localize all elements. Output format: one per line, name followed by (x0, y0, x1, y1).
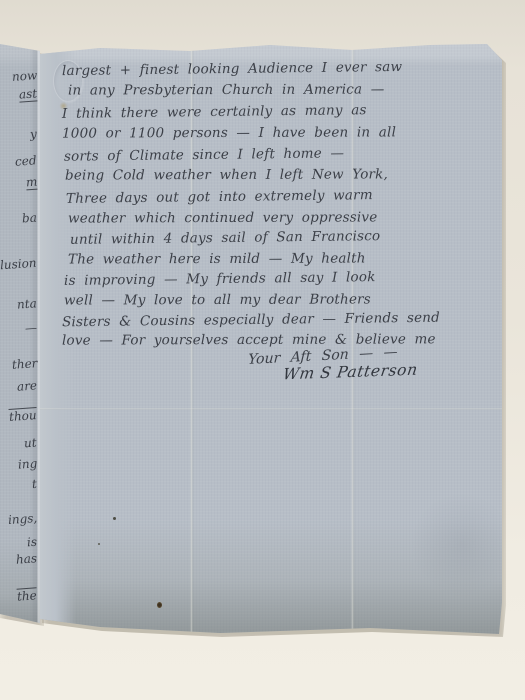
handwriting-line: weather which continued very oppressive (68, 210, 377, 225)
handwriting-line: Sisters & Cousins especially dear — Frie… (62, 311, 440, 330)
letter-signature: Wm S Patterson (282, 361, 419, 384)
left-page-text-fragment: is (27, 536, 38, 549)
handwriting-line: is improving — My friends all say I look (64, 270, 376, 288)
left-page-text-fragment: nta (17, 297, 38, 310)
handwriting-line: in any Presbyterian Church in America — (68, 82, 385, 97)
left-page-text-fragment: t (32, 478, 38, 490)
handwriting-line: being Cold weather when I left New York, (65, 167, 388, 182)
left-page-text-fragment: thou (9, 407, 37, 423)
handwriting-line: 1000 or 1100 persons — I have been in al… (62, 125, 396, 140)
letter-page: largest + finest looking Audience I ever… (40, 42, 502, 638)
left-page-edge: now ast y ced m ba lusion nta — ther are… (0, 42, 40, 636)
left-page-text-fragment: ced (15, 154, 37, 167)
handwriting-line: sorts of Climate since I left home — (64, 146, 344, 163)
left-page-text-fragment: are (17, 379, 38, 392)
left-page-text-fragment: the (17, 587, 38, 602)
left-page-text-fragment: ings, (7, 512, 37, 526)
left-page-text-fragment: ba (22, 211, 38, 224)
handwriting-line: I think there were certainly as many as (62, 103, 367, 121)
handwriting-line: well — My love to all my dear Brothers (64, 292, 371, 307)
left-page-text-fragment: — (25, 322, 38, 335)
left-page-text-fragment: m (25, 176, 37, 191)
handwriting-line: The weather here is mild — My health (68, 251, 366, 266)
handwriting-line: Three days out got into extremely warm (66, 188, 373, 206)
handwriting-block: largest + finest looking Audience I ever… (40, 42, 502, 638)
left-page-text-fragment: ther (11, 357, 37, 371)
left-page-text-fragment: has (16, 552, 38, 565)
handwriting-line: largest + finest looking Audience I ever… (62, 60, 402, 78)
handwriting-line: until within 4 days sail of San Francisc… (70, 229, 380, 247)
left-page-text-fragment: ast (18, 87, 37, 102)
left-page-text-fragment: now (11, 69, 37, 83)
photo-backdrop: now ast y ced m ba lusion nta — ther are… (0, 0, 525, 700)
left-page-text-fragment: ing (17, 457, 37, 470)
left-page-text-fragment: lusion (0, 257, 37, 272)
left-page-text-fragment: ut (24, 437, 37, 450)
left-page-text-fragment: y (30, 128, 38, 140)
